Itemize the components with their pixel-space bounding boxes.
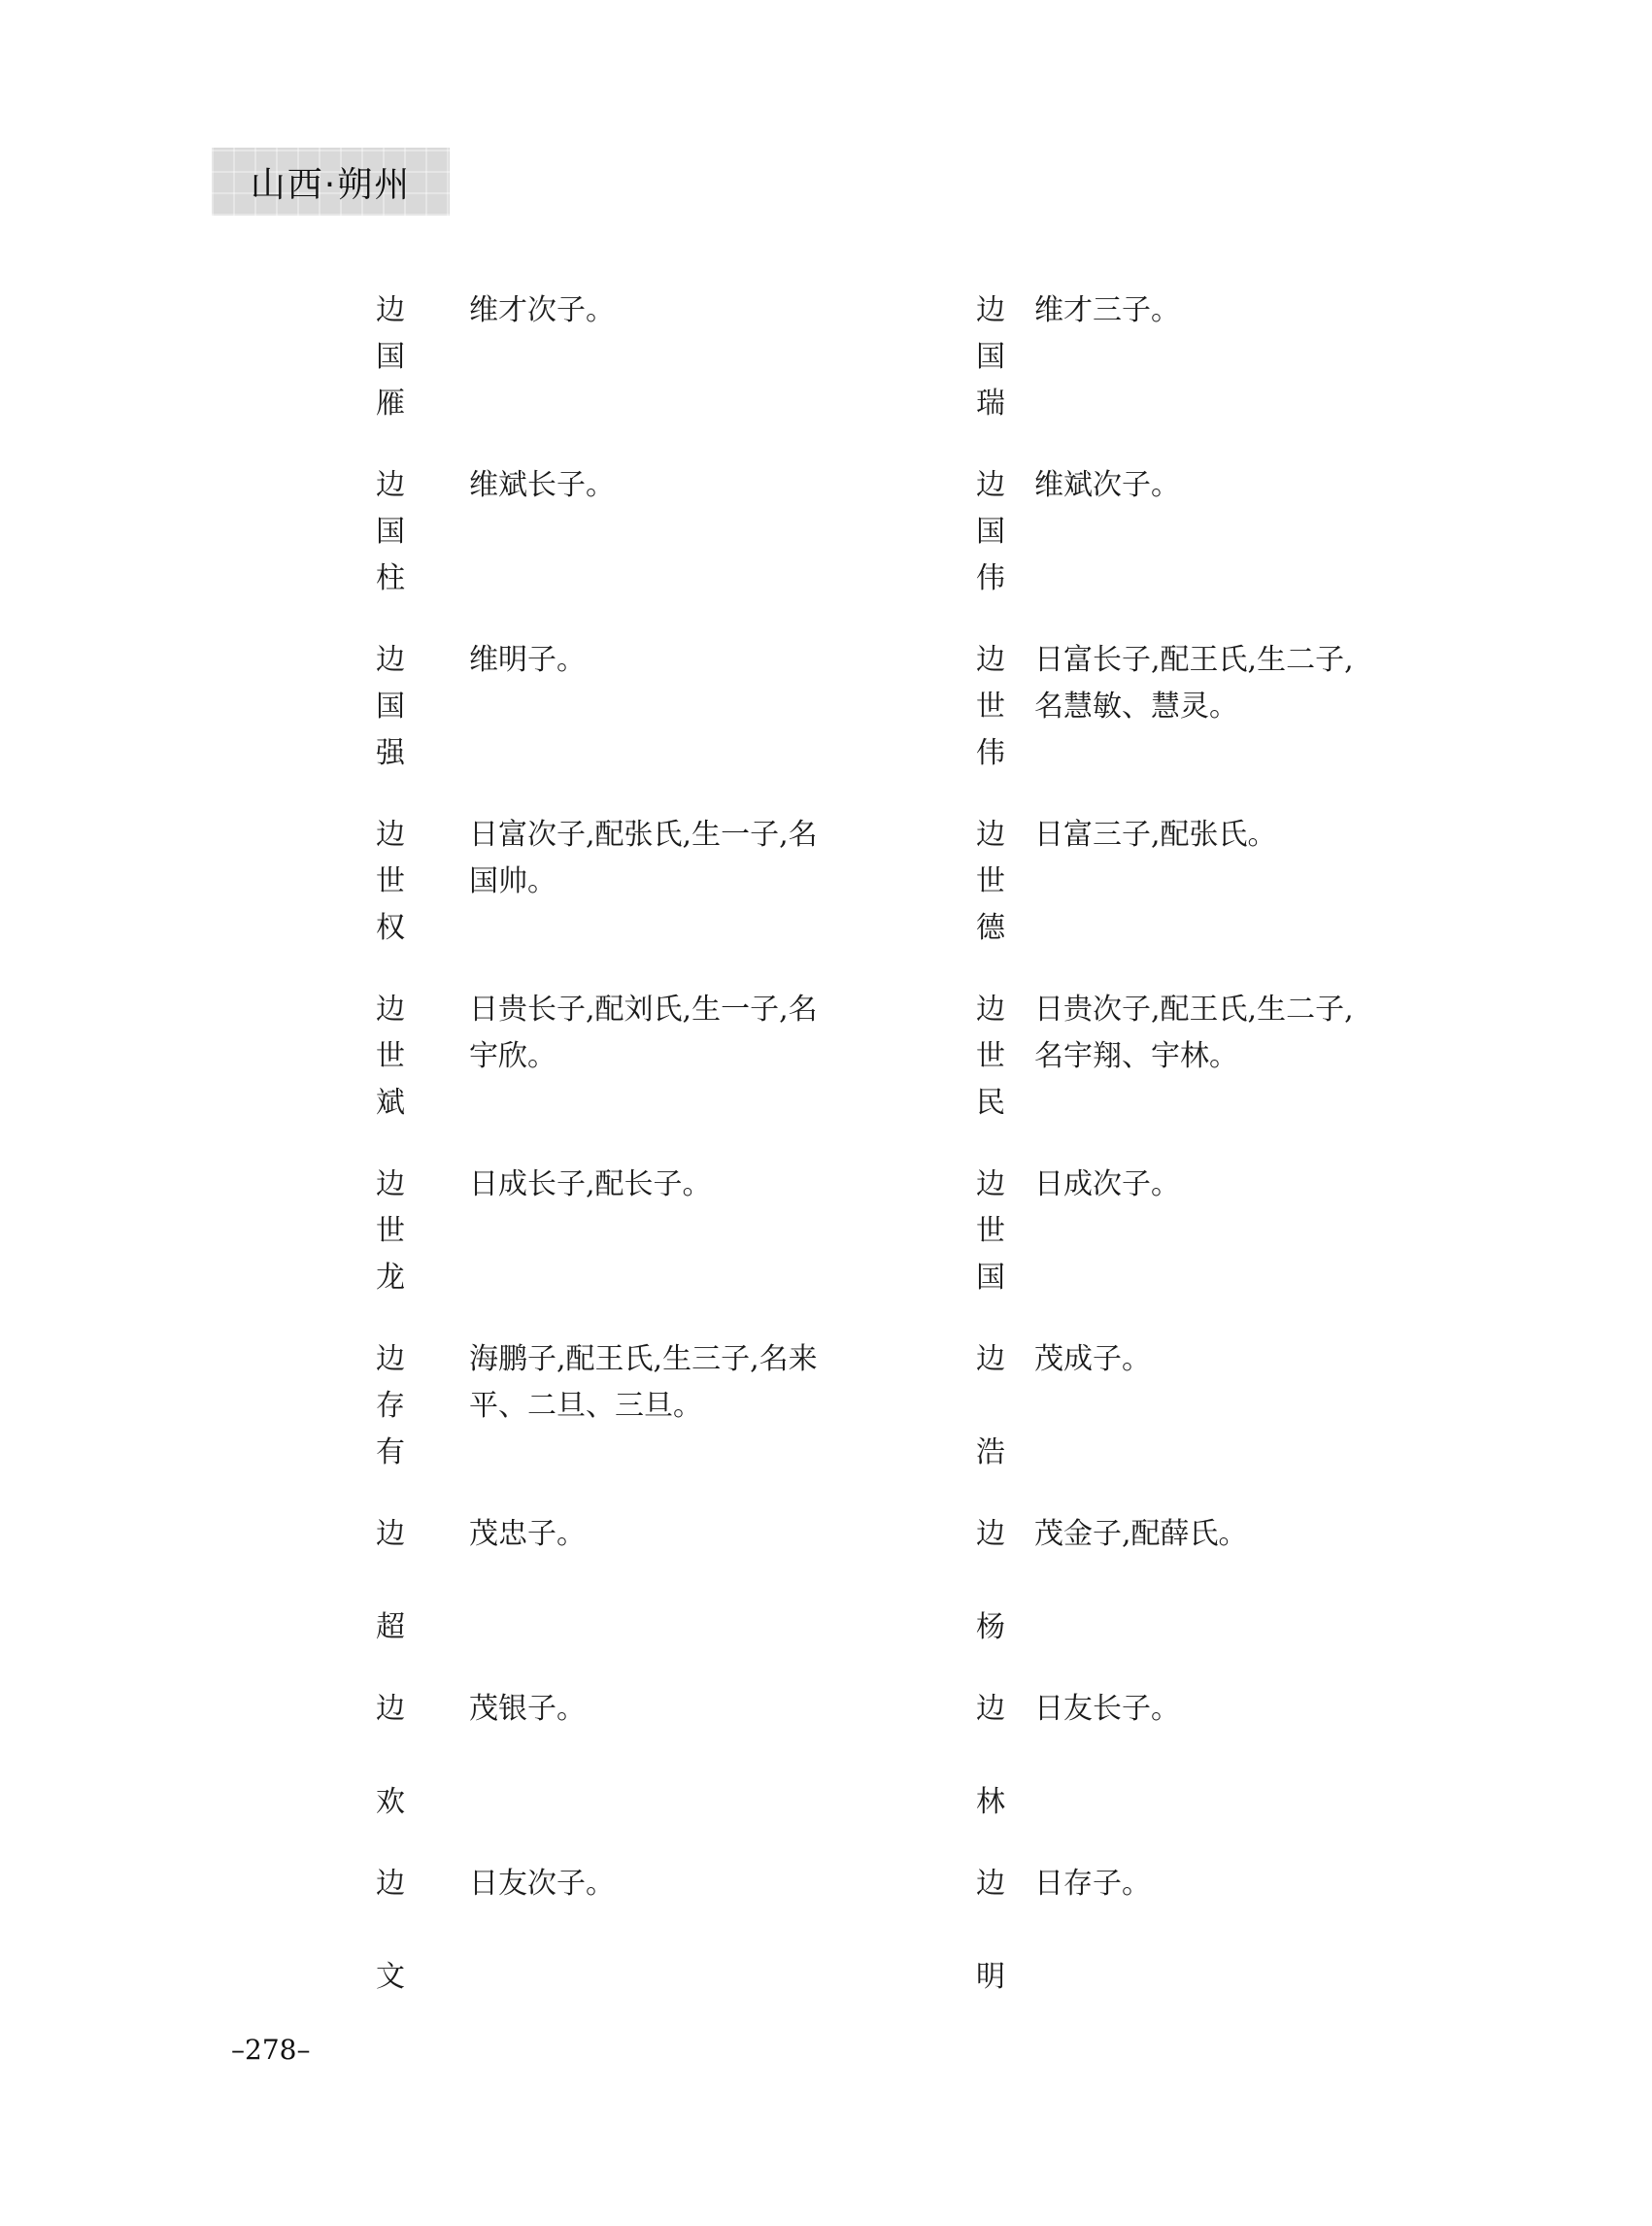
person-name: 边 国 伟 xyxy=(976,462,1009,602)
person-name: 边 世 龙 xyxy=(376,1162,409,1301)
person-description: 海鹏子,配王氏,生三子,名来 平、二旦、三旦。 xyxy=(469,1336,896,1430)
person-description: 茂银子。 xyxy=(469,1686,896,1733)
person-description: 日富三子,配张氏。 xyxy=(1034,812,1462,859)
person-name: 边 存 有 xyxy=(376,1336,409,1476)
person-name: 边 世 权 xyxy=(376,812,409,952)
person-description: 茂忠子。 xyxy=(469,1511,896,1558)
person-name: 边 世 德 xyxy=(976,812,1009,952)
person-name: 边 超 xyxy=(376,1511,409,1651)
person-name: 边 世 伟 xyxy=(976,637,1009,777)
person-description: 日富长子,配王氏,生二子, 名慧敏、慧灵。 xyxy=(1034,637,1462,730)
person-name: 边 杨 xyxy=(976,1511,1009,1651)
section-header-box: 山西·朔州 xyxy=(212,148,450,216)
person-description: 日友次子。 xyxy=(469,1861,896,1907)
person-description: 维斌长子。 xyxy=(469,462,896,509)
person-name: 边 浩 xyxy=(976,1336,1009,1476)
person-description: 日贵长子,配刘氏,生一子,名 宇欣。 xyxy=(469,987,896,1080)
person-description: 维才次子。 xyxy=(469,287,896,334)
person-name: 边 国 强 xyxy=(376,637,409,777)
person-description: 日友长子。 xyxy=(1034,1686,1462,1733)
person-description: 日成长子,配长子。 xyxy=(469,1162,896,1208)
person-description: 日存子。 xyxy=(1034,1861,1462,1907)
person-name: 边 国 柱 xyxy=(376,462,409,602)
person-name: 边 欢 xyxy=(376,1686,409,1826)
section-title: 山西·朔州 xyxy=(251,157,411,207)
person-name: 边 国 瑞 xyxy=(976,287,1009,427)
person-name: 边 世 斌 xyxy=(376,987,409,1127)
person-name: 边 世 民 xyxy=(976,987,1009,1127)
person-name: 边 世 国 xyxy=(976,1162,1009,1301)
person-description: 日富次子,配张氏,生一子,名 国帅。 xyxy=(469,812,896,905)
person-description: 维斌次子。 xyxy=(1034,462,1462,509)
person-description: 日贵次子,配王氏,生二子, 名宇翔、宇林。 xyxy=(1034,987,1462,1080)
person-name: 边 文 xyxy=(376,1861,409,2001)
person-description: 茂成子。 xyxy=(1034,1336,1462,1383)
person-name: 边 明 xyxy=(976,1861,1009,2001)
person-name: 边 林 xyxy=(976,1686,1009,1826)
person-description: 维才三子。 xyxy=(1034,287,1462,334)
person-description: 茂金子,配薛氏。 xyxy=(1034,1511,1462,1558)
person-name: 边 国 雁 xyxy=(376,287,409,427)
page-number: –278– xyxy=(231,2034,310,2066)
person-description: 日成次子。 xyxy=(1034,1162,1462,1208)
person-description: 维明子。 xyxy=(469,637,896,684)
